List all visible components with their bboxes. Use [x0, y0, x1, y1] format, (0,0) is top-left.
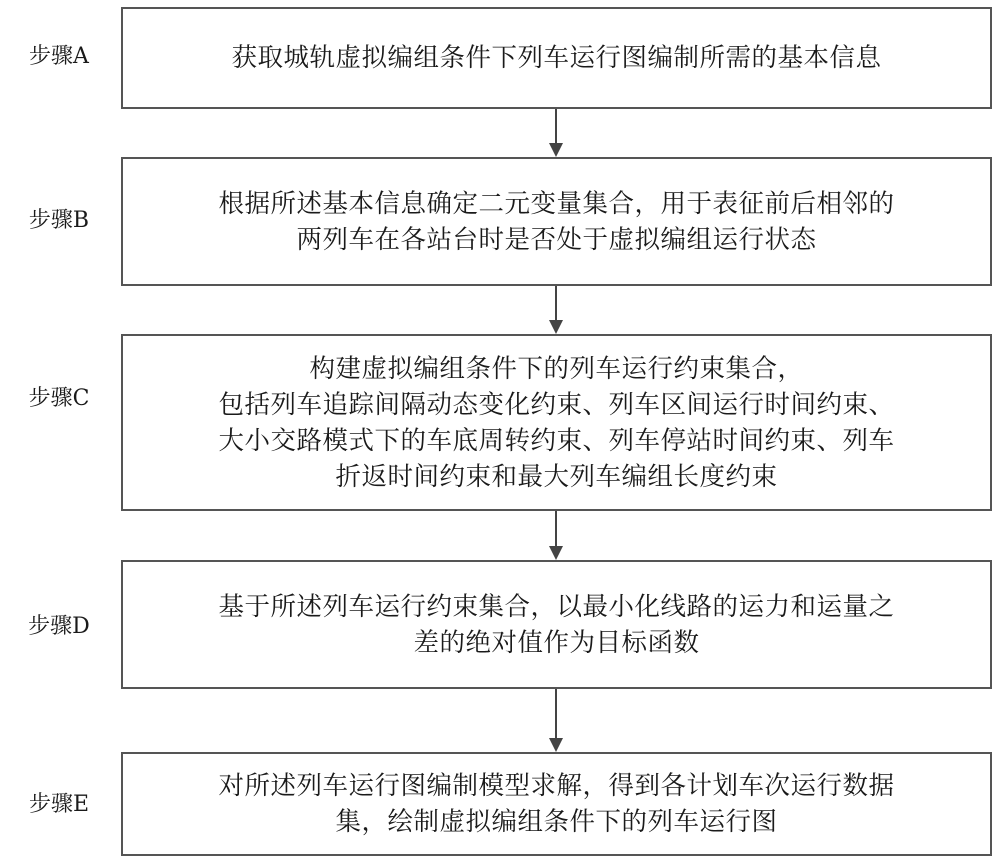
step-c-line-1: 构建虚拟编组条件下的列车运行约束集合， — [218, 351, 894, 387]
step-d-line-1: 基于所述列车运行约束集合，以最小化线路的运力和运量之 — [218, 589, 894, 625]
step-d-text: 基于所述列车运行约束集合，以最小化线路的运力和运量之 差的绝对值作为目标函数 — [218, 589, 894, 661]
step-b-line-2: 两列车在各站台时是否处于虚拟编组运行状态 — [218, 222, 894, 258]
step-d-line-2: 差的绝对值作为目标函数 — [218, 625, 894, 661]
arrow-d-to-e — [555, 689, 557, 750]
step-e-line-1: 对所述列车运行图编制模型求解，得到各计划车次运行数据 — [218, 768, 894, 804]
step-d-label: 步骤D — [0, 614, 118, 640]
step-d-box: 基于所述列车运行约束集合，以最小化线路的运力和运量之 差的绝对值作为目标函数 — [121, 560, 992, 689]
step-e-line-2: 集，绘制虚拟编组条件下的列车运行图 — [218, 804, 894, 840]
step-a-line-1: 获取城轨虚拟编组条件下列车运行图编制所需的基本信息 — [231, 40, 881, 76]
step-a-text: 获取城轨虚拟编组条件下列车运行图编制所需的基本信息 — [231, 40, 881, 76]
step-b-line-1: 根据所述基本信息确定二元变量集合，用于表征前后相邻的 — [218, 186, 894, 222]
step-e-label: 步骤E — [0, 792, 118, 818]
step-a-box: 获取城轨虚拟编组条件下列车运行图编制所需的基本信息 — [121, 7, 992, 109]
step-c-text: 构建虚拟编组条件下的列车运行约束集合， 包括列车追踪间隔动态变化约束、列车区间运… — [218, 351, 894, 495]
step-c-line-2: 包括列车追踪间隔动态变化约束、列车区间运行时间约束、 — [218, 387, 894, 423]
step-a-label: 步骤A — [0, 44, 118, 70]
step-b-text: 根据所述基本信息确定二元变量集合，用于表征前后相邻的 两列车在各站台时是否处于虚… — [218, 186, 894, 258]
step-c-line-3: 大小交路模式下的车底周转约束、列车停站时间约束、列车 — [218, 423, 894, 459]
step-c-line-4: 折返时间约束和最大列车编组长度约束 — [218, 459, 894, 495]
step-c-label: 步骤C — [0, 386, 118, 412]
step-e-box: 对所述列车运行图编制模型求解，得到各计划车次运行数据 集，绘制虚拟编组条件下的列… — [121, 752, 992, 856]
arrow-b-to-c — [555, 286, 557, 332]
arrow-a-to-b — [555, 109, 557, 155]
step-b-box: 根据所述基本信息确定二元变量集合，用于表征前后相邻的 两列车在各站台时是否处于虚… — [121, 157, 992, 286]
step-e-text: 对所述列车运行图编制模型求解，得到各计划车次运行数据 集，绘制虚拟编组条件下的列… — [218, 768, 894, 840]
arrow-c-to-d — [555, 511, 557, 558]
step-b-label: 步骤B — [0, 208, 118, 234]
step-c-box: 构建虚拟编组条件下的列车运行约束集合， 包括列车追踪间隔动态变化约束、列车区间运… — [121, 334, 992, 511]
